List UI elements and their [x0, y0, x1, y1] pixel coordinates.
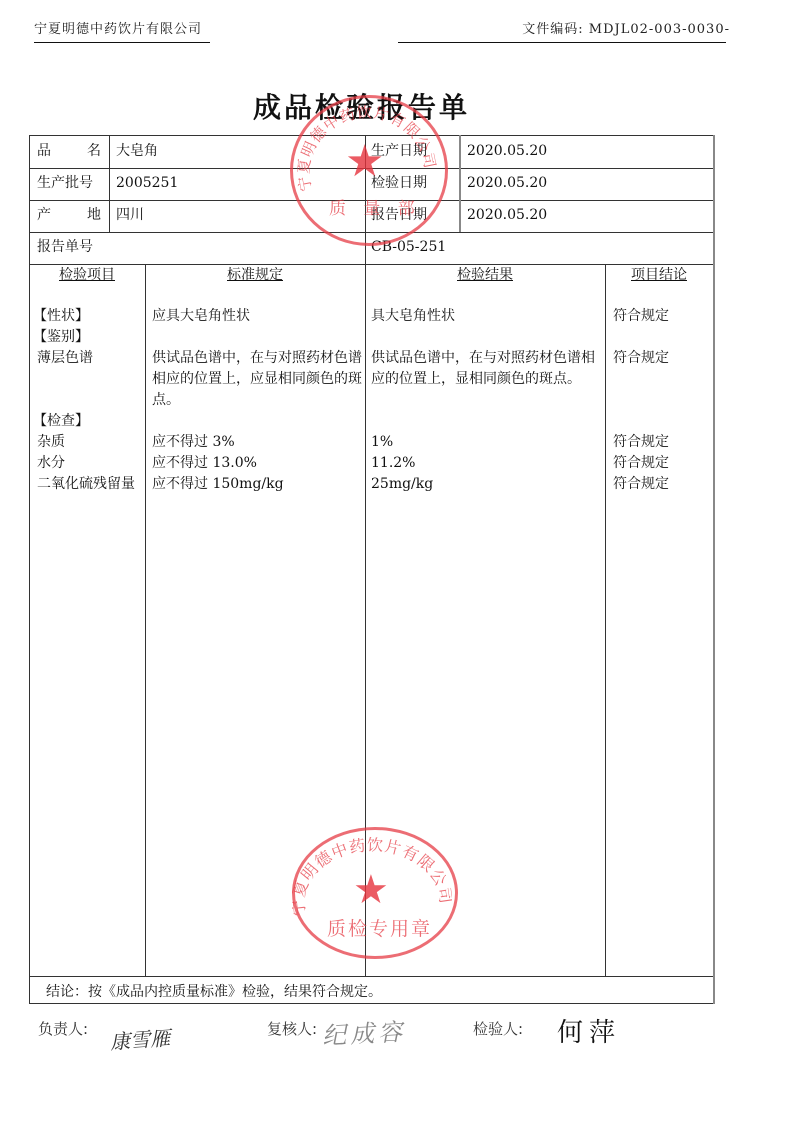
- row-item: 【鉴别】: [33, 327, 89, 348]
- row-result: 供试品色谱中，在与对照药材色谱相应的位置上，显相同颜色的斑点。: [371, 348, 603, 390]
- row-conclusion: 符合规定: [613, 348, 669, 369]
- stamp-ring-text: 宁夏明德中药饮片有限公司: [292, 827, 452, 953]
- inspector-signature: 何萍: [557, 1012, 621, 1049]
- reviewer-signature: 纪成容: [321, 1012, 407, 1051]
- report-date-value: 2020.05.20: [467, 205, 547, 226]
- star-icon: ★: [353, 868, 389, 912]
- product-name-label: 品名: [37, 141, 101, 162]
- row-standard: 应不得过 150mg/kg: [152, 474, 284, 495]
- doc-code-header: 文件编码: MDJL02-003-0030-03: [515, 16, 730, 36]
- responsible-label: 负责人:: [38, 1018, 88, 1039]
- header-rule-left: [34, 42, 210, 43]
- company-header: 宁夏明德中药饮片有限公司: [34, 16, 274, 36]
- final-conclusion: 结论：按《成品内控质量标准》检验，结果符合规定。: [46, 982, 382, 1003]
- row-result: 25mg/kg: [371, 474, 433, 495]
- row-conclusion: 符合规定: [613, 453, 669, 474]
- report-no-value: CB-05-251: [371, 237, 446, 258]
- origin-value: 四川: [116, 205, 144, 226]
- inspection-date-label: 检验日期: [371, 173, 427, 194]
- row-item: 【检查】: [33, 411, 89, 432]
- qc-seal-stamp: 宁夏明德中药饮片有限公司 ★ 质检专用章: [292, 827, 458, 959]
- row-item: 水分: [37, 453, 65, 474]
- col-header-conclusion: 项目结论: [605, 265, 713, 286]
- col-header-item: 检验项目: [29, 265, 145, 286]
- reviewer-label: 复核人:: [267, 1018, 317, 1039]
- row-standard: 应不得过 3%: [152, 432, 235, 453]
- responsible-signature: 康雪雁: [109, 1022, 171, 1055]
- row-conclusion: 符合规定: [613, 474, 669, 495]
- batch-label: 生产批号: [37, 173, 93, 194]
- inspection-date-value: 2020.05.20: [467, 173, 547, 194]
- row-result: 具大皂角性状: [371, 306, 455, 327]
- production-date-label: 生产日期: [371, 141, 427, 162]
- row-result: 11.2%: [371, 453, 415, 474]
- row-conclusion: 符合规定: [613, 306, 669, 327]
- row-standard: 应不得过 13.0%: [152, 453, 257, 474]
- col-header-result: 检验结果: [365, 265, 605, 286]
- col-header-standard: 标准规定: [145, 265, 365, 286]
- svg-text:宁夏明德中药饮片有限公司: 宁夏明德中药饮片有限公司: [292, 835, 452, 917]
- row-conclusion: 符合规定: [613, 432, 669, 453]
- origin-label: 产地: [37, 205, 101, 226]
- row-standard: 供试品色谱中，在与对照药材色谱相应的位置上，应显相同颜色的斑点。: [152, 348, 362, 411]
- production-date-value: 2020.05.20: [467, 141, 547, 162]
- batch-value: 2005251: [116, 173, 178, 194]
- report-date-label: 报告日期: [371, 205, 427, 226]
- page-title: 成品检验报告单: [253, 86, 470, 126]
- row-item: 二氧化硫残留量: [37, 474, 135, 495]
- row-item: 【性状】: [33, 306, 89, 327]
- report-no-label: 报告单号: [37, 237, 93, 258]
- header-rule-right: [398, 42, 726, 43]
- inspector-label: 检验人:: [473, 1018, 523, 1039]
- row-standard: 应具大皂角性状: [152, 306, 250, 327]
- product-name-value: 大皂角: [116, 141, 158, 162]
- row-item: 杂质: [37, 432, 65, 453]
- stamp-center-text: 质检专用章: [327, 914, 432, 941]
- row-item: 薄层色谱: [37, 348, 93, 369]
- row-result: 1%: [371, 432, 393, 453]
